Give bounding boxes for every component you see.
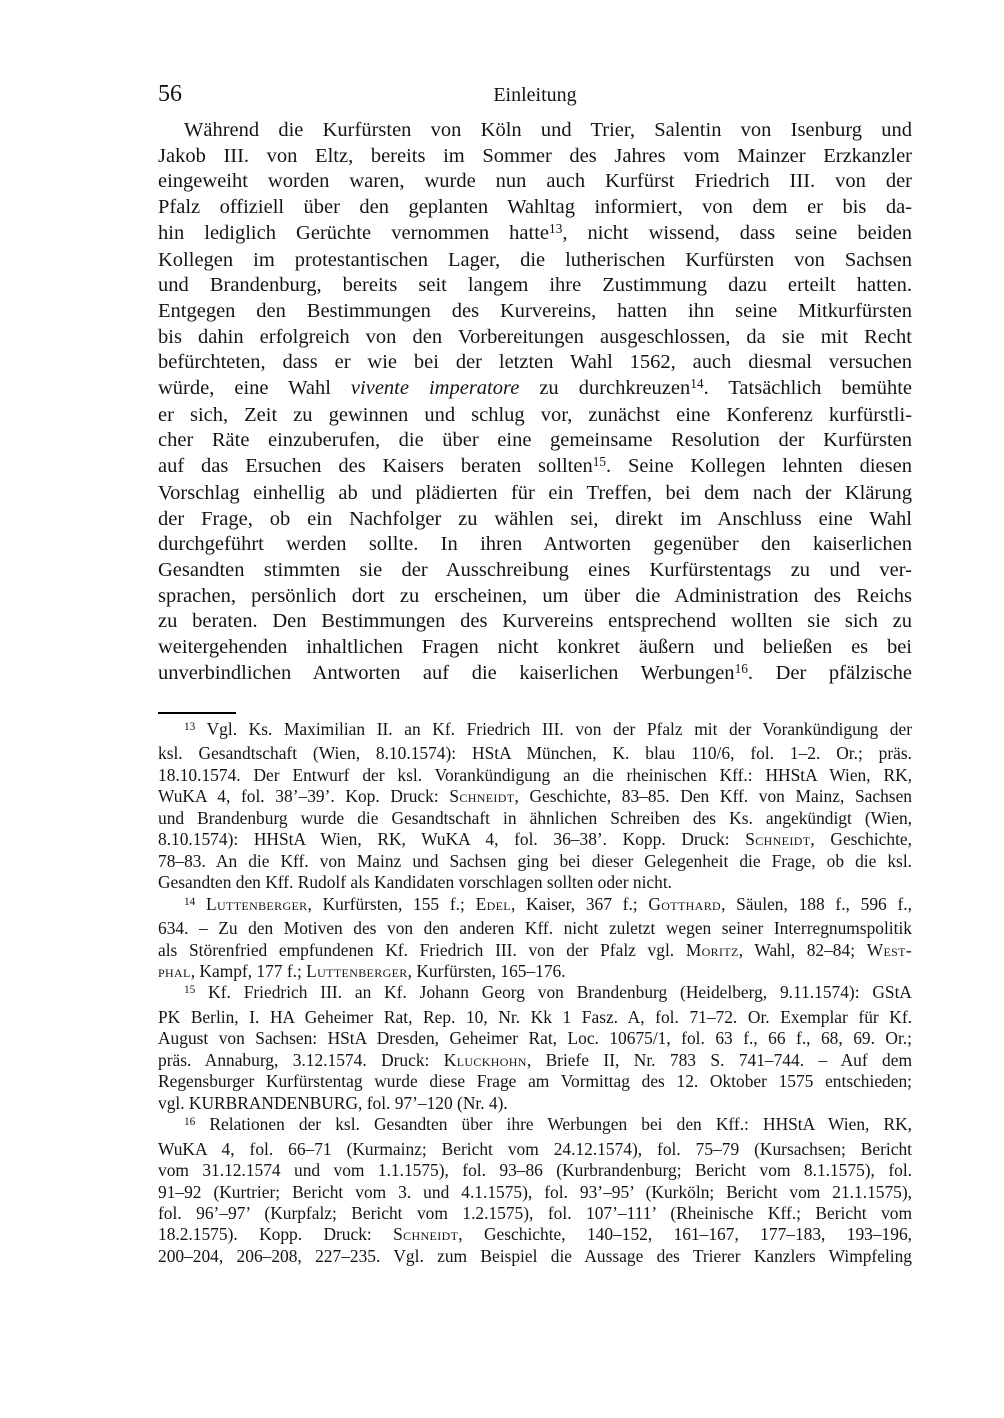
text-segment: Kollegen im protestantischen Lager, die … — [158, 249, 912, 271]
text-segment: ksl. Gesandtschaft (Wien, 8.10.1574): HS… — [158, 743, 912, 763]
text-segment: Jakob III. von Eltz, bereits im Sommer d… — [158, 145, 912, 167]
footnote-marker: 13 — [184, 721, 195, 733]
text-line: vgl. KURBRANDENBURG, fol. 97’–120 (Nr. 4… — [158, 1093, 912, 1114]
text-segment: eingeweiht worden waren, wurde nun auch … — [158, 170, 912, 192]
text-segment: würde, eine Wahl — [158, 377, 351, 399]
text-line: er sich, Zeit zu gewinnen und schlug vor… — [158, 403, 912, 429]
text-line: phal, Kampf, 177 f.; Luttenberger, Kurfü… — [158, 961, 912, 982]
text-segment: , Kurfürsten, 165–176. — [408, 961, 566, 981]
text-line: Jakob III. von Eltz, bereits im Sommer d… — [158, 144, 912, 170]
text-segment: , Briefe II, Nr. 783 S. 741–744. – Auf d… — [527, 1050, 912, 1070]
text-segment: weitergehenden inhaltlichen Fragen nicht… — [158, 636, 912, 658]
footnote-16: 16 Relationen der ksl. Gesandten über ih… — [158, 1114, 912, 1267]
footnote-marker: 14 — [690, 376, 703, 391]
text-segment: vom 31.12.1574 und vom 1.1.1575), fol. 9… — [158, 1160, 912, 1180]
text-line: würde, eine Wahl vivente imperatore zu d… — [158, 376, 912, 403]
text-segment: Gesandten stimmten sie der Ausschreibung… — [158, 559, 912, 581]
text-segment: hin lediglich Gerüchte vernommen hatte — [158, 222, 549, 244]
text-segment: der Frage, ob ein Nachfolger zu wählen s… — [158, 508, 912, 530]
text-segment: WuKA 4, fol. 38’–39’. Kop. Druck: — [158, 786, 449, 806]
text-line: 200–204, 206–208, 227–235. Vgl. zum Beis… — [158, 1246, 912, 1267]
text-segment: befürchteten, dass er wie bei der letzte… — [158, 351, 912, 373]
text-line: WuKA 4, fol. 66–71 (Kurmainz; Bericht vo… — [158, 1139, 912, 1160]
text-line: Regensburger Kurfürstentag wurde diese F… — [158, 1071, 912, 1092]
footnotes-block: 13 Vgl. Ks. Maximilian II. an Kf. Friedr… — [158, 719, 912, 1267]
text-segment: Luttenberger — [206, 894, 307, 914]
text-line: 14 Luttenberger, Kurfürsten, 155 f.; Ede… — [158, 894, 912, 918]
text-segment: durchgeführt werden sollte. In ihren Ant… — [158, 533, 912, 555]
text-segment: zu durchkreuzen — [519, 377, 690, 399]
text-segment: Schneidt — [393, 1224, 458, 1244]
text-segment: Luttenberger — [306, 961, 407, 981]
text-segment: 18.10.1574. Der Entwurf der ksl. Vorankü… — [158, 765, 912, 785]
text-line: 15 Kf. Friedrich III. an Kf. Johann Geor… — [158, 982, 912, 1006]
text-segment: Gotthard — [648, 894, 721, 914]
text-segment: Pfalz offiziell über den geplanten Wahlt… — [158, 196, 912, 218]
text-line: Pfalz offiziell über den geplanten Wahlt… — [158, 195, 912, 221]
text-segment: Schneidt — [449, 786, 514, 806]
text-segment: Gesandten den Kff. Rudolf als Kandidaten… — [158, 872, 672, 892]
text-line: und Brandenburg wurde die Gesandtschaft … — [158, 808, 912, 829]
text-line: bis dahin erfolgreich von den Vorbereitu… — [158, 325, 912, 351]
body-paragraph: Während die Kurfürsten von Köln und Trie… — [158, 118, 912, 687]
book-page: 56 Einleitung Während die Kurfürsten von… — [0, 0, 1004, 1418]
text-segment: Schneidt — [745, 829, 810, 849]
text-line: fol. 96’–97’ (Kurpfalz; Bericht vom 1.2.… — [158, 1203, 912, 1224]
footnote-15: 15 Kf. Friedrich III. an Kf. Johann Geor… — [158, 982, 912, 1114]
text-line: unverbindlichen Antworten auf die kaiser… — [158, 661, 912, 688]
text-line: sprachen, persönlich dort zu erscheinen,… — [158, 584, 912, 610]
running-head: Einleitung — [158, 83, 912, 107]
text-segment: bis dahin erfolgreich von den Vorbereitu… — [158, 326, 912, 348]
text-line: 8.10.1574): HHStA Wien, RK, WuKA 4, fol.… — [158, 829, 912, 850]
text-segment: Während die Kurfürsten von Köln und Trie… — [184, 119, 912, 141]
text-segment: auf das Ersuchen des Kaisers beraten sol… — [158, 455, 593, 477]
text-segment: . Der pfälzische — [748, 662, 912, 684]
text-line: Entgegen den Bestimmungen des Kurvereins… — [158, 299, 912, 325]
text-segment: Regensburger Kurfürstentag wurde diese F… — [158, 1071, 912, 1091]
text-segment: , Kaiser, 367 f.; — [511, 894, 648, 914]
text-segment: Vorschlag einhellig ab und plädierten fü… — [158, 482, 912, 504]
footnote-marker: 13 — [549, 221, 562, 236]
text-line: August von Sachsen: HStA Dresden, Geheim… — [158, 1028, 912, 1049]
footnote-marker: 15 — [184, 984, 195, 996]
text-line: 18.10.1574. Der Entwurf der ksl. Vorankü… — [158, 765, 912, 786]
text-segment: fol. 96’–97’ (Kurpfalz; Bericht vom 1.2.… — [158, 1203, 912, 1223]
text-segment: 18.2.1575). Kopp. Druck: — [158, 1224, 393, 1244]
text-segment: , Geschichte, 140–152, 161–167, 177–183,… — [458, 1224, 912, 1244]
text-segment: cher Räte einzuberufen, die über eine ge… — [158, 429, 912, 451]
text-line: als Störenfried empfundenen Kf. Friedric… — [158, 940, 912, 961]
text-segment: , nicht wissend, dass seine beiden — [562, 222, 912, 244]
text-line: Gesandten den Kff. Rudolf als Kandidaten… — [158, 872, 912, 893]
text-line: 634. – Zu den Motiven des von den andere… — [158, 918, 912, 939]
text-line: Kollegen im protestantischen Lager, die … — [158, 248, 912, 274]
text-segment: , Kampf, 177 f.; — [191, 961, 306, 981]
text-line: vom 31.12.1574 und vom 1.1.1575), fol. 9… — [158, 1160, 912, 1181]
text-line: 91–92 (Kurtrier; Bericht vom 3. und 4.1.… — [158, 1182, 912, 1203]
text-line: präs. Annaburg, 3.12.1574. Druck: Kluckh… — [158, 1050, 912, 1071]
text-line: 78–83. An die Kff. von Mainz und Sachsen… — [158, 851, 912, 872]
text-segment: vgl. KURBRANDENBURG, fol. 97’–120 (Nr. 4… — [158, 1093, 508, 1113]
text-segment: 634. – Zu den Motiven des von den andere… — [158, 918, 912, 938]
text-segment: PK Berlin, I. HA Geheimer Rat, Rep. 10, … — [158, 1007, 912, 1027]
footnote-marker: 15 — [593, 454, 606, 469]
text-segment: Edel — [476, 894, 511, 914]
footnote-13: 13 Vgl. Ks. Maximilian II. an Kf. Friedr… — [158, 719, 912, 894]
text-line: WuKA 4, fol. 38’–39’. Kop. Druck: Schnei… — [158, 786, 912, 807]
text-line: 18.2.1575). Kopp. Druck: Schneidt, Gesch… — [158, 1224, 912, 1245]
text-line: zu beraten. Den Bestimmungen des Kurvere… — [158, 609, 912, 635]
text-line: cher Räte einzuberufen, die über eine ge… — [158, 428, 912, 454]
footnote-marker: 14 — [184, 896, 195, 908]
text-line: Während die Kurfürsten von Köln und Trie… — [158, 118, 912, 144]
text-segment: 8.10.1574): HHStA Wien, RK, WuKA 4, fol.… — [158, 829, 745, 849]
text-segment: und Brandenburg wurde die Gesandtschaft … — [158, 808, 912, 828]
text-segment: . Tatsächlich bemühte — [704, 377, 912, 399]
footnote-separator — [158, 712, 236, 714]
text-segment: . Seine Kollegen lehnten diesen — [606, 455, 912, 477]
text-segment: präs. Annaburg, 3.12.1574. Druck: — [158, 1050, 444, 1070]
footnote-14: 14 Luttenberger, Kurfürsten, 155 f.; Ede… — [158, 894, 912, 983]
text-line: Gesandten stimmten sie der Ausschreibung… — [158, 558, 912, 584]
text-segment: Vgl. Ks. Maximilian II. an Kf. Friedrich… — [195, 719, 912, 739]
text-segment: 200–204, 206–208, 227–235. Vgl. zum Beis… — [158, 1246, 912, 1266]
text-segment: er sich, Zeit zu gewinnen und schlug vor… — [158, 404, 912, 426]
text-line: und Brandenburg, bereits seit langem ihr… — [158, 273, 912, 299]
text-line: PK Berlin, I. HA Geheimer Rat, Rep. 10, … — [158, 1007, 912, 1028]
text-segment: vivente imperatore — [351, 377, 519, 399]
text-segment: als Störenfried empfundenen Kf. Friedric… — [158, 940, 686, 960]
text-line: auf das Ersuchen des Kaisers beraten sol… — [158, 454, 912, 481]
text-segment: August von Sachsen: HStA Dresden, Geheim… — [158, 1028, 912, 1048]
text-line: weitergehenden inhaltlichen Fragen nicht… — [158, 635, 912, 661]
footnote-marker: 16 — [735, 661, 748, 676]
text-segment: , Kurfürsten, 155 f.; — [308, 894, 476, 914]
text-segment: WuKA 4, fol. 66–71 (Kurmainz; Bericht vo… — [158, 1139, 912, 1159]
text-line: 16 Relationen der ksl. Gesandten über ih… — [158, 1114, 912, 1138]
text-segment: 91–92 (Kurtrier; Bericht vom 3. und 4.1.… — [158, 1182, 912, 1202]
text-line: der Frage, ob ein Nachfolger zu wählen s… — [158, 507, 912, 533]
text-segment: Entgegen den Bestimmungen des Kurvereins… — [158, 300, 912, 322]
text-segment: phal — [158, 961, 191, 981]
text-segment: Moritz — [686, 940, 739, 960]
text-segment — [195, 894, 206, 914]
text-segment: West- — [867, 940, 912, 960]
page-header: 56 Einleitung — [158, 80, 912, 108]
footnote-marker: 16 — [184, 1116, 195, 1128]
text-segment: sprachen, persönlich dort zu erscheinen,… — [158, 585, 912, 607]
text-segment: 78–83. An die Kff. von Mainz und Sachsen… — [158, 851, 912, 871]
text-line: befürchteten, dass er wie bei der letzte… — [158, 350, 912, 376]
text-segment: und Brandenburg, bereits seit langem ihr… — [158, 274, 912, 296]
text-segment: , Geschichte, — [810, 829, 912, 849]
text-segment: Kluckhohn — [444, 1050, 527, 1070]
text-segment: Kf. Friedrich III. an Kf. Johann Georg v… — [195, 982, 912, 1002]
text-segment: zu beraten. Den Bestimmungen des Kurvere… — [158, 610, 912, 632]
text-segment: , Wahl, 82–84; — [739, 940, 867, 960]
text-segment: , Säulen, 188 f., 596 f., — [721, 894, 912, 914]
text-segment: Relationen der ksl. Gesandten über ihre … — [195, 1114, 912, 1134]
text-segment: unverbindlichen Antworten auf die kaiser… — [158, 662, 735, 684]
text-line: Vorschlag einhellig ab und plädierten fü… — [158, 481, 912, 507]
text-line: ksl. Gesandtschaft (Wien, 8.10.1574): HS… — [158, 743, 912, 764]
text-line: hin lediglich Gerüchte vernommen hatte13… — [158, 221, 912, 248]
text-line: 13 Vgl. Ks. Maximilian II. an Kf. Friedr… — [158, 719, 912, 743]
text-line: eingeweiht worden waren, wurde nun auch … — [158, 169, 912, 195]
text-line: durchgeführt werden sollte. In ihren Ant… — [158, 532, 912, 558]
text-segment: , Geschichte, 83–85. Den Kff. von Mainz,… — [514, 786, 912, 806]
